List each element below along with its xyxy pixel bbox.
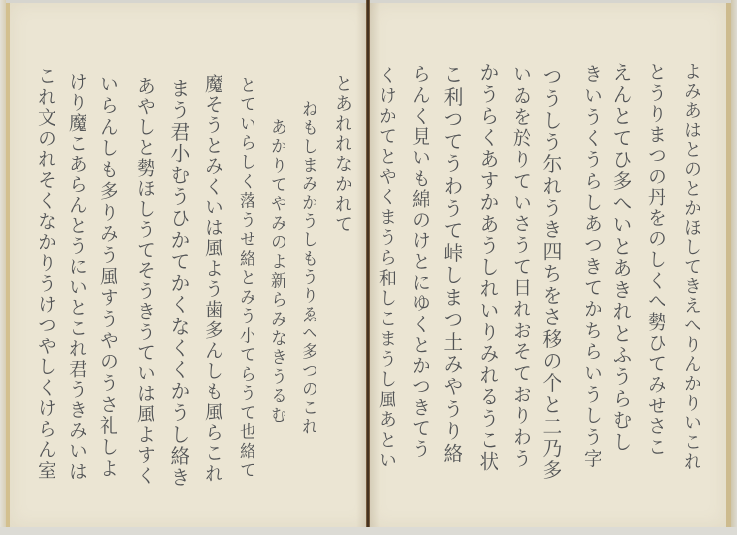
left-page-column-6: まう君小むうひかてかくなくくかうし絡き [163, 78, 189, 498]
left-page-column-4: とていらしく落うせ絡とみう小てらうて也絡て [228, 76, 254, 491]
background-bottom [0, 527, 737, 535]
left-page-column-1: とあれれなかれて [325, 74, 351, 239]
left-page-column-10: これ文のれそくなかりうけつやしくけらん室 [29, 66, 55, 491]
left-page-column-3: あかりてやみのよ新らみなきうるむ [259, 118, 285, 433]
right-page-column-2: とうりまつの丹をのしくへ勢ひてみせさこ [639, 62, 665, 467]
right-page-column-8: こ利つてうわうて峠しまつ土みやうり絡 [436, 64, 462, 474]
left-page-column-2: ねもしまみかうしもうりゑへ多つのこれ [290, 100, 316, 445]
right-page-column-7: かうらくあすかあうしれいりみれるうこ状 [472, 62, 498, 482]
right-page-column-4: きいうくうらしあつきてかちらいうしう字 [575, 64, 601, 479]
left-page-column-9: けり魔こあらんとうにいとこれ君うきみいは [60, 72, 86, 492]
right-page-edge [731, 0, 737, 535]
right-page-column-10: くけかてとやくまうら和しこまうし風あとい [369, 66, 395, 481]
right-page-column-9: らんく見いも綿のけとにゆくとかつきてう [403, 64, 429, 469]
right-page-column-1: よみあはとのとかほしてきえへりんかりいこれ [674, 62, 700, 482]
left-page-column-7: あやしと勢ほしうてそうきうていは風よすく [128, 76, 154, 496]
right-page-column-6: いゐを於りていさうて日れおそておりわう [504, 64, 530, 479]
left-page-column-8: いらんしも多りみう風すうやのうさ礼しよ [91, 74, 117, 489]
left-page-column-5: 魔そうとみくいは風よう歯多んしも風らこれ [196, 74, 222, 494]
right-page-column-3: えんとてひ多へいとあきれとふうらむし [605, 62, 631, 462]
gutter-shadow-left [356, 3, 366, 527]
open-manuscript: よみあはとのとかほしてきえへりんかりいこれ とうりまつの丹をのしくへ勢ひてみせさ… [0, 0, 737, 535]
right-page-column-5: つうしう尓れうき四ちをさ移の个と二乃多 [535, 66, 561, 491]
